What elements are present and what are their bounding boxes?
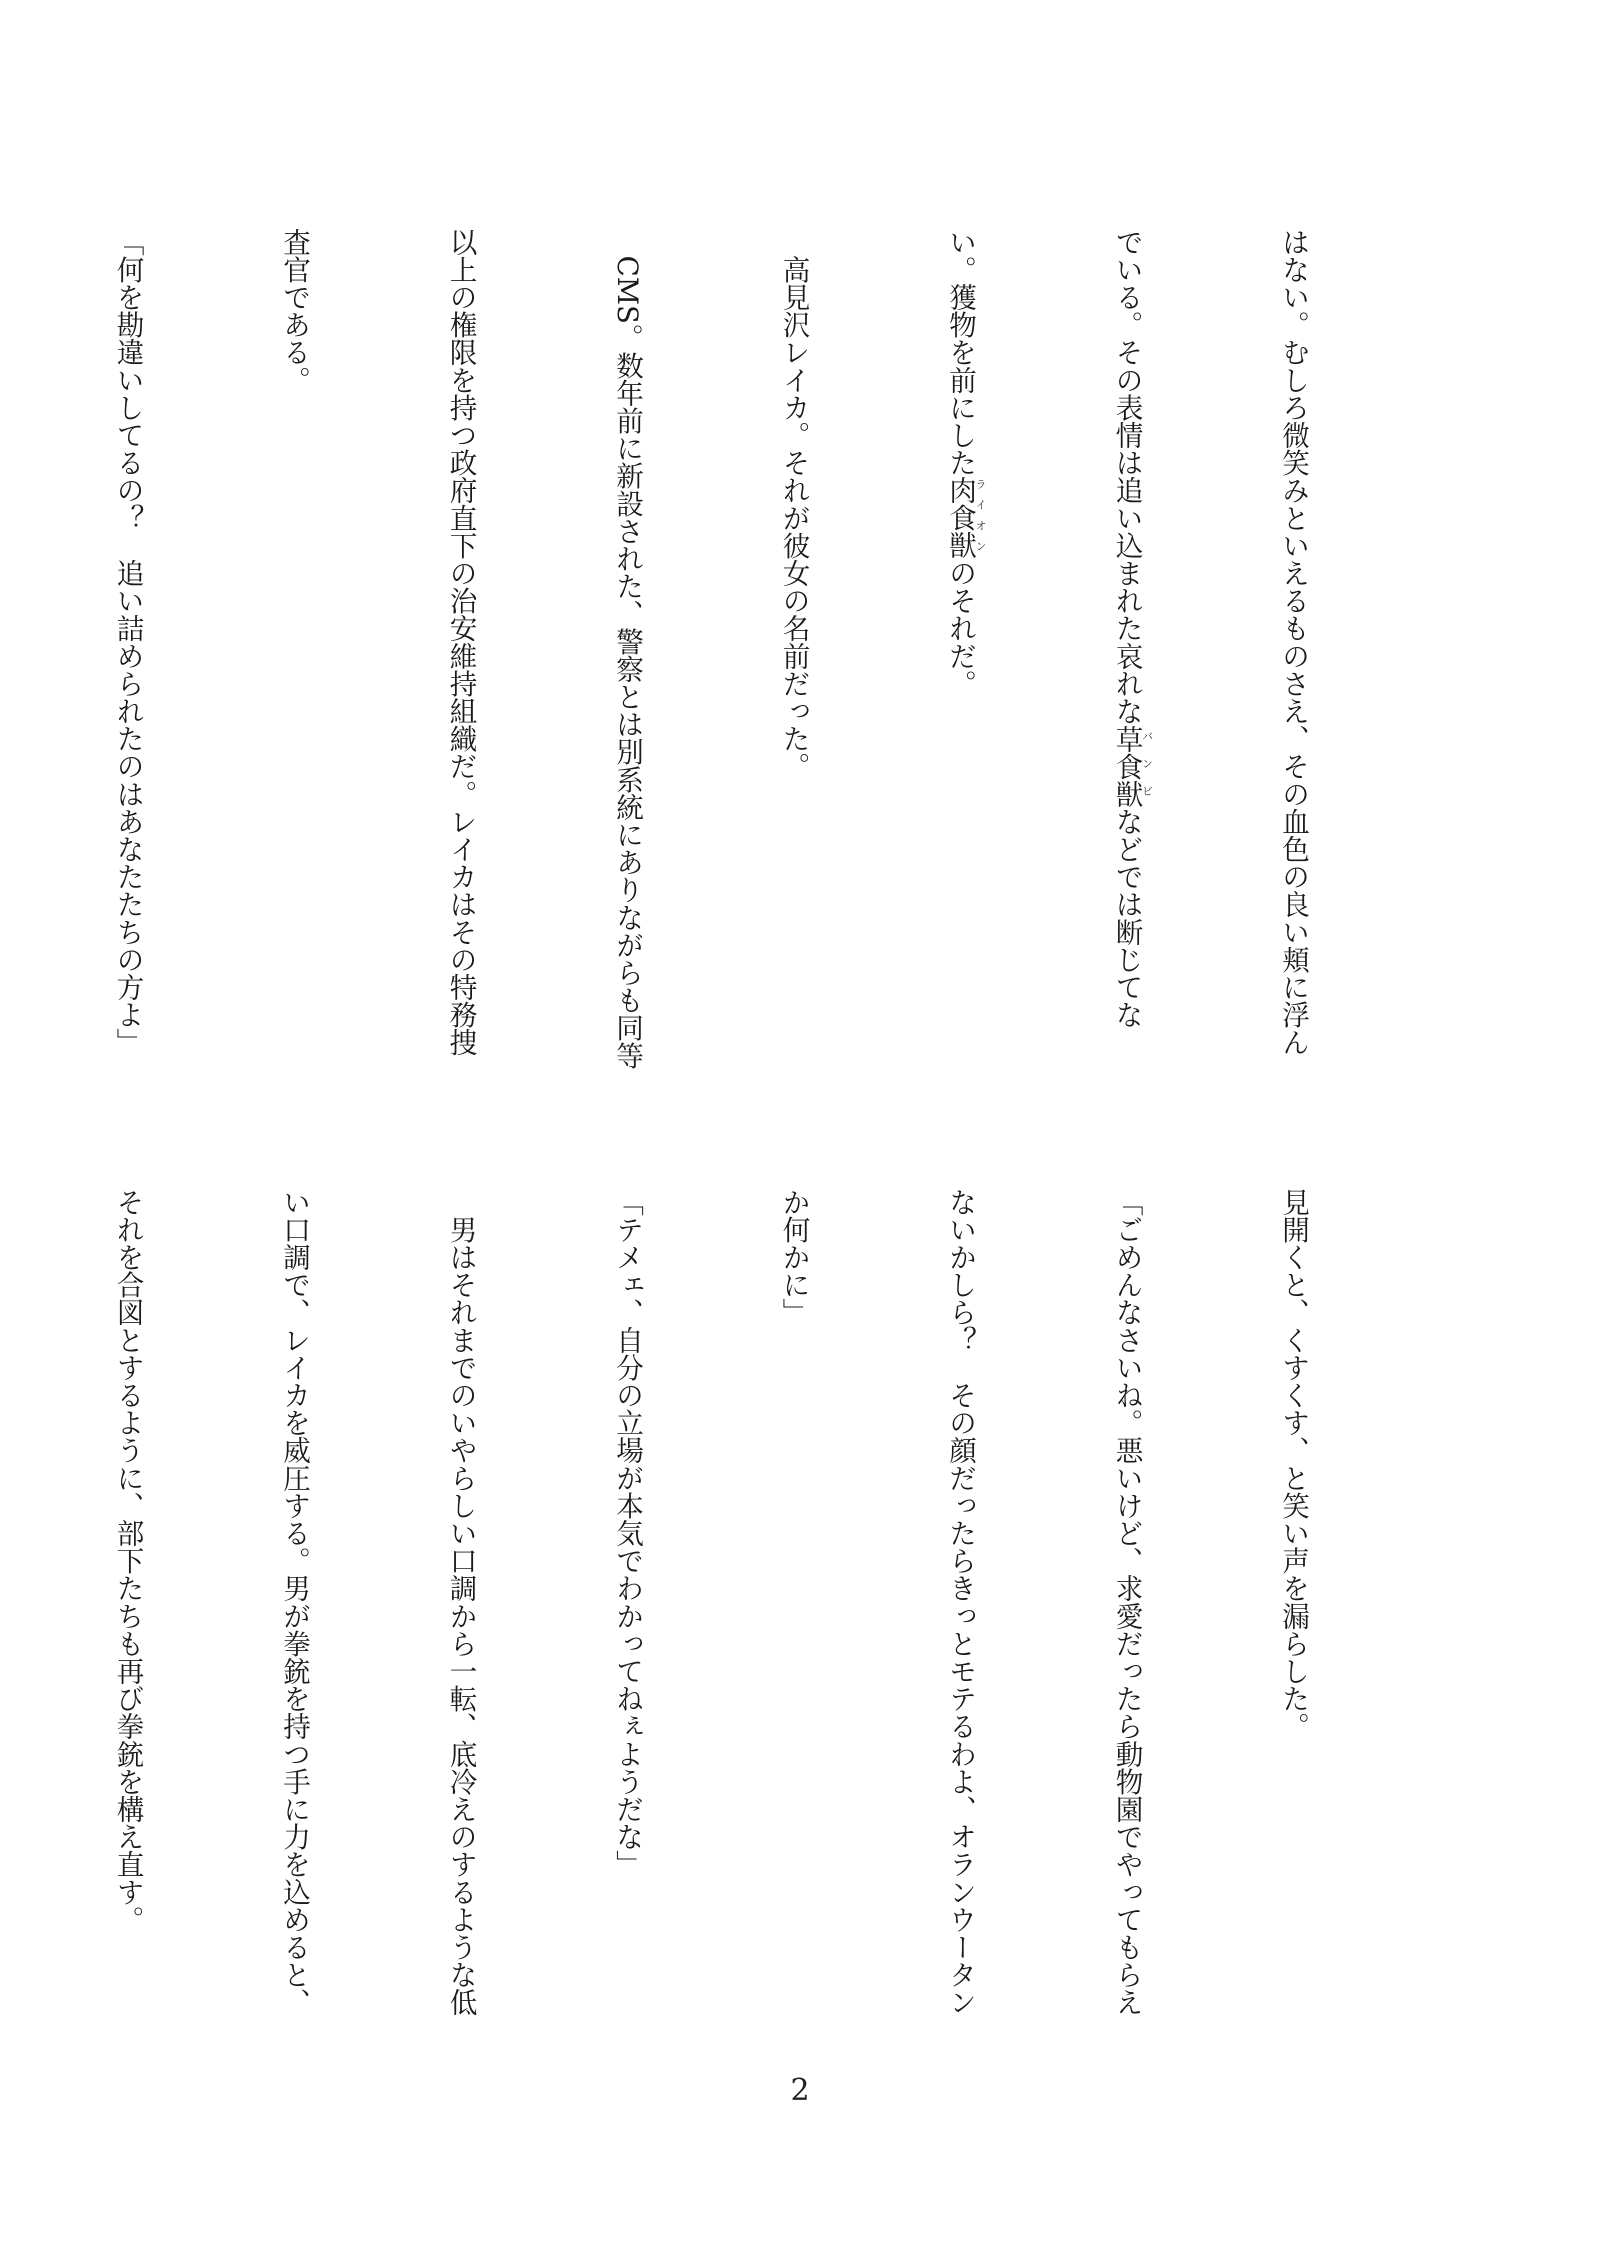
text-line: 男はそれまでのいやらしい口調から一転、底冷えのするような低 bbox=[433, 1188, 489, 2022]
text-block-lower: 見開くと、くすくす、と笑い声を漏らした。 「ごめんなさいね。悪いけど、求愛だった… bbox=[0, 1188, 1432, 2022]
text-line: はない。むしろ微笑みといえるものさえ、その血色の良い頬に浮ん bbox=[1266, 228, 1322, 1062]
text-line: い口調で、レイカを威圧する。男が拳銃を持つ手に力を込めると、 bbox=[267, 1188, 323, 2022]
text-line-ruby-lion: い。獲物を前にした肉食獣ライオンのそれだ。 bbox=[933, 228, 989, 1062]
text-line: 「何を勘違いしてるの？ 追い詰められたのはあなたたちの方よ」 bbox=[100, 228, 156, 1062]
text-line-ruby-bambi: でいる。その表情は追い込まれた哀れな草食獣バンビなどでは断じてな bbox=[1099, 228, 1155, 1062]
text-line: 見開くと、くすくす、と笑い声を漏らした。 bbox=[1266, 1188, 1322, 2022]
text-line: CMS。数年前に新設された、警察とは別系統にありながらも同等 bbox=[600, 228, 656, 1062]
text-line: 査官である。 bbox=[267, 228, 323, 1062]
text-line: それを合図とするように、部下たちも再び拳銃を構え直す。 bbox=[100, 1188, 156, 2022]
document-page: はない。むしろ微笑みといえるものさえ、その血色の良い頬に浮ん でいる。その表情は… bbox=[0, 0, 1600, 2259]
text-line: か何かに」 bbox=[766, 1188, 822, 2022]
text-block-upper: はない。むしろ微笑みといえるものさえ、その血色の良い頬に浮ん でいる。その表情は… bbox=[0, 228, 1432, 1062]
text-line: 「テメェ、自分の立場が本気でわかってねぇようだな」 bbox=[600, 1188, 656, 2022]
ruby-annotation: 肉食獣ライオン bbox=[944, 476, 977, 559]
page-number: 2 bbox=[0, 2073, 1600, 2108]
text-line: 以上の権限を持つ政府直下の治安維持組織だ。レイカはその特務捜 bbox=[433, 228, 489, 1062]
ruby-annotation: 草食獣バンビ bbox=[1111, 725, 1144, 808]
text-line: 高見沢レイカ。それが彼女の名前だった。 bbox=[766, 228, 822, 1062]
text-line: 「ごめんなさいね。悪いけど、求愛だったら動物園でやってもらえ bbox=[1099, 1188, 1155, 2022]
text-line: ないかしら？ その顔だったらきっとモテるわよ、オランウータン bbox=[933, 1188, 989, 2022]
